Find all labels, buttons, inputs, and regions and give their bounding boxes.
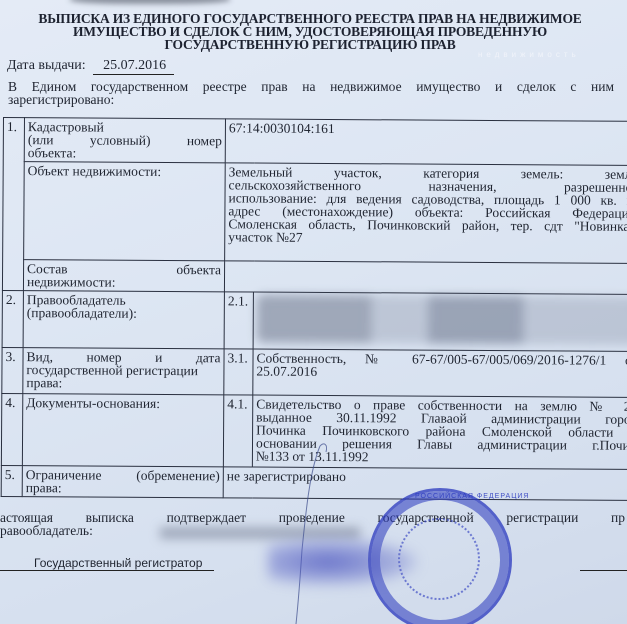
- row-number: 2.: [2, 290, 23, 347]
- row-label: Кадастровый (или условный) номер объекта…: [24, 118, 225, 163]
- row-label: Ограничение (обременение) права:: [22, 466, 223, 498]
- table-row: 1. Кадастровый (или условный) номер объе…: [3, 118, 627, 166]
- table-row: 2. Правообладатель (правообладатели): 2.…: [2, 290, 627, 351]
- intro-line-2: зарегистрировано:: [8, 92, 114, 107]
- redacted-signature: [268, 538, 418, 586]
- object-description: Земельный участок, категория земель: зем…: [225, 163, 627, 264]
- watermark: недвижимость: [478, 50, 580, 59]
- intro-text: В Едином государственном реестре прав на…: [8, 80, 614, 106]
- composition-value: [224, 261, 627, 295]
- row-label: Состав объекта недвижимости:: [23, 260, 224, 292]
- row-label: Правообладатель (правообладатели):: [23, 291, 224, 349]
- sub-number: 4.1.: [223, 395, 252, 467]
- table-row: 3. Вид, номер и дата государственной рег…: [2, 347, 627, 397]
- signature-stroke: [280, 440, 340, 624]
- sub-number: 2.1.: [224, 292, 253, 349]
- row-label: Объект недвижимости:: [24, 162, 226, 261]
- table-row: Состав объекта недвижимости:: [2, 260, 627, 295]
- table-row: Объект недвижимости: Земельный участок, …: [3, 162, 627, 264]
- right-holder-value: [253, 292, 627, 351]
- row-number: 4.: [1, 393, 22, 465]
- holder-label: равообладатель:: [0, 523, 93, 538]
- registration-value: Собственность, № 67-67/005-67/005/069/20…: [253, 349, 627, 397]
- registrar-label: Государственный регистратор: [0, 556, 214, 571]
- redacted-block: [257, 295, 627, 345]
- issue-date-row: Дата выдачи: 25.07.2016: [7, 58, 174, 75]
- signature-line: [580, 570, 627, 571]
- photo-shadow: [70, 0, 230, 4]
- registrar-row: Государственный регистратор: [0, 556, 214, 571]
- sub-number: 3.1.: [224, 349, 253, 395]
- row-label: Документы-основания:: [22, 394, 223, 467]
- row-label: Вид, номер и дата государственной регист…: [23, 348, 224, 395]
- stamp-text: РОССИЙСКАЯ ФЕДЕРАЦИЯ: [415, 493, 529, 500]
- row-number: 5.: [1, 465, 22, 496]
- cadastral-number: 67:14:0030104:161: [225, 119, 627, 166]
- document-title: ВЫПИСКА ИЗ ЕДИНОГО ГОСУДАРСТВЕННОГО РЕЕС…: [20, 12, 600, 51]
- issue-date-label: Дата выдачи:: [7, 58, 86, 73]
- row-number: 3.: [2, 347, 23, 393]
- row-number: 1.: [2, 118, 24, 291]
- issue-date-value: 25.07.2016: [93, 58, 174, 75]
